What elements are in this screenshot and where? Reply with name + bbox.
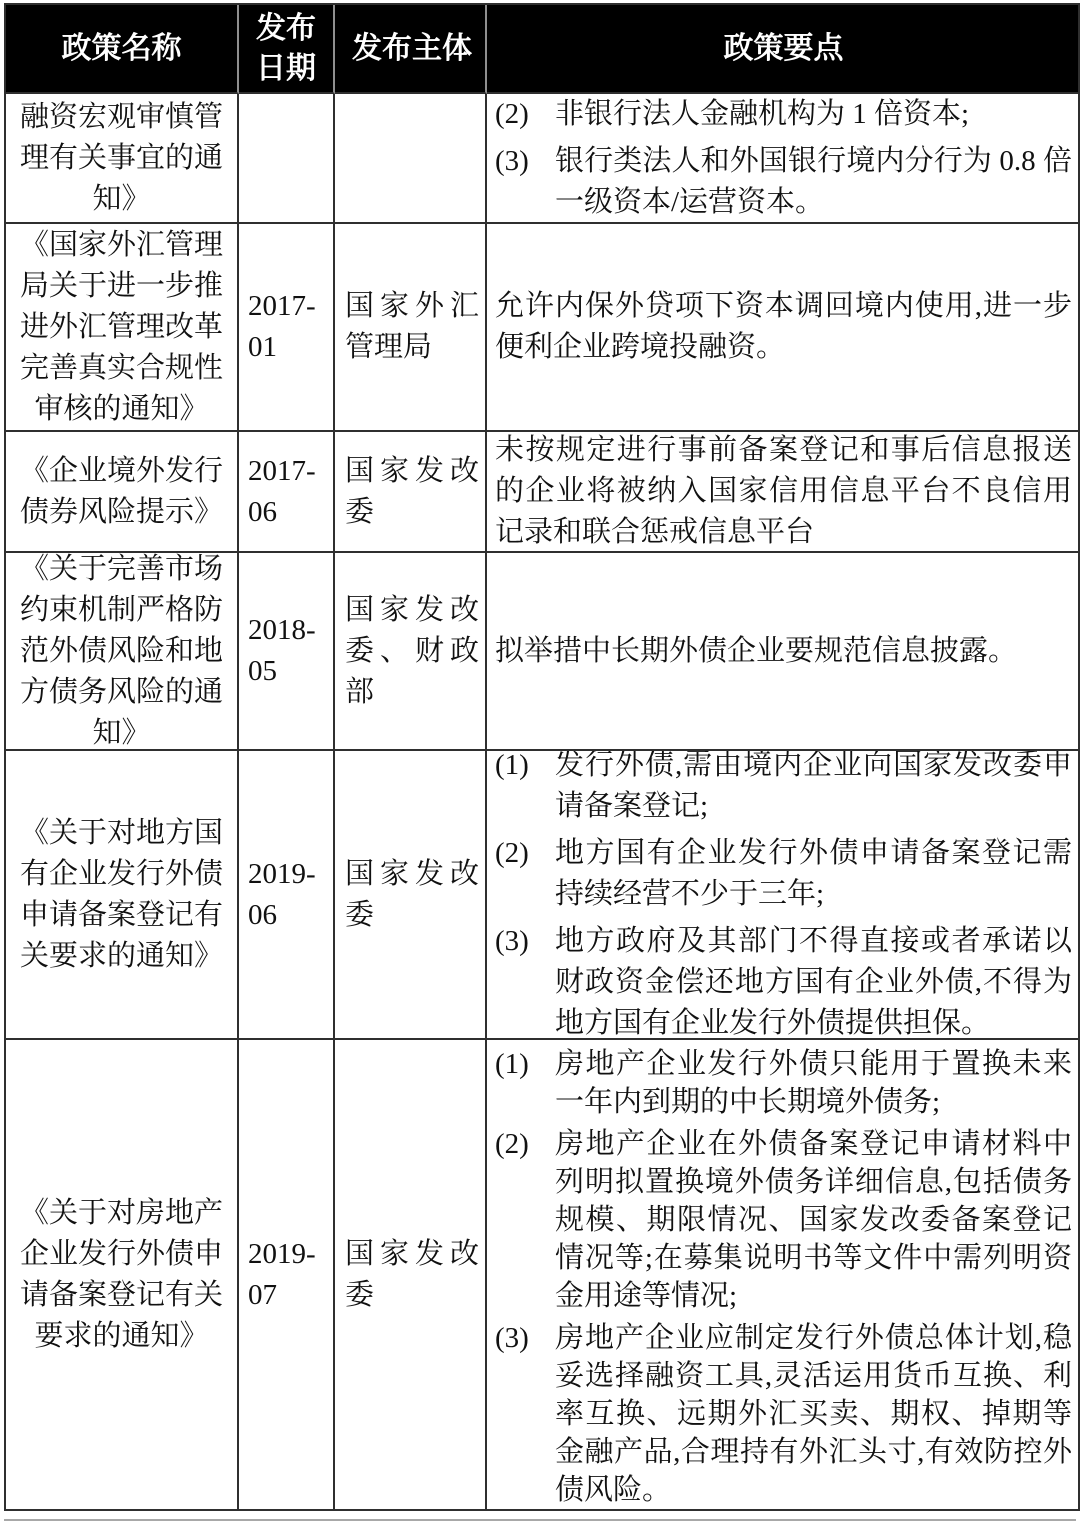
cutoff-next-row-border — [4, 1519, 1076, 1521]
policy-issuer-cell — [335, 94, 487, 224]
header-cell-policy-name: 政策名称 — [6, 5, 239, 94]
policy-date-cell: 2019-06 — [239, 751, 335, 1040]
policy-date: 2019-06 — [248, 854, 329, 936]
point-text: 发行外债,需由境内企业向国家发改委申请备案登记; — [555, 751, 1072, 827]
point-text: 地方政府及其部门不得直接或者承诺以财政资金偿还地方国有企业外债,不得为地方国有企… — [555, 921, 1072, 1040]
point-number: (3) — [495, 921, 555, 1040]
policy-title: 《关于对房地产企业发行外债申请备案登记有关要求的通知》 — [18, 1193, 225, 1357]
policy-title: 《企业境外发行债券风险提示》 — [18, 451, 225, 533]
policy-points-cell: (1) 房地产企业发行外债只能用于置换未来一年内到期的中长期境外债务; (2) … — [487, 1040, 1078, 1509]
policy-title-cell: 《关于完善市场约束机制严格防范外债风险和地方债务风险的通知》 — [6, 553, 239, 751]
point-item: (3) 地方政府及其部门不得直接或者承诺以财政资金偿还地方国有企业外债,不得为地… — [495, 921, 1072, 1040]
policy-issuer-cell: 国家发改委 — [335, 1040, 487, 1509]
policy-points-cell: 未按规定进行事前备案登记和事后信息报送的企业将被纳入国家信用信息平台不良信用记录… — [487, 432, 1078, 553]
policy-issuer-cell: 国家发改委 — [335, 751, 487, 1040]
policy-points-cell: 允许内保外贷项下资本调回境内使用,进一步便利企业跨境投融资。 — [487, 224, 1078, 432]
policy-title: 《关于完善市场约束机制严格防范外债风险和地方债务风险的通知》 — [18, 553, 225, 751]
policy-date-cell — [239, 94, 335, 224]
policy-issuer: 国家发改委 — [345, 1234, 479, 1316]
document-page: 政策名称 发布日期 发布主体 政策要点 融资宏观审慎管理有关事宜的通知》 (2)… — [0, 0, 1080, 1527]
policy-date-cell: 2018-05 — [239, 553, 335, 751]
table-header-row: 政策名称 发布日期 发布主体 政策要点 — [6, 5, 1078, 94]
policy-date: 2018-05 — [248, 610, 329, 692]
point-number: (3) — [495, 1319, 555, 1509]
header-cell-publish-date: 发布日期 — [239, 5, 335, 94]
point-text: 银行类法人和外国银行境内分行为 0.8 倍一级资本/运营资本。 — [555, 141, 1072, 223]
table-row: 《企业境外发行债券风险提示》 2017-06 国家发改委 未按规定进行事前备案登… — [6, 432, 1078, 553]
policy-date-cell: 2019-07 — [239, 1040, 335, 1509]
policy-points-cell: 拟举措中长期外债企业要规范信息披露。 — [487, 553, 1078, 751]
point-item: (1) 发行外债,需由境内企业向国家发改委申请备案登记; — [495, 751, 1072, 827]
policy-title-cell: 《企业境外发行债券风险提示》 — [6, 432, 239, 553]
point-text: 拟举措中长期外债企业要规范信息披露。 — [495, 631, 1072, 672]
point-item: (2) 地方国有企业发行外债申请备案登记需持续经营不少于三年; — [495, 833, 1072, 915]
policy-title: 《国家外汇管理局关于进一步推进外汇管理改革完善真实合规性审核的通知》 — [18, 225, 225, 430]
point-item: (2) 非银行法人金融机构为 1 倍资本; — [495, 94, 1072, 135]
policy-issuer-cell: 国家发改委 — [335, 432, 487, 553]
policy-issuer: 国家发改委 — [345, 854, 479, 936]
header-cell-publisher: 发布主体 — [335, 5, 487, 94]
policy-date: 2017-06 — [248, 451, 329, 533]
point-number: (2) — [495, 833, 555, 915]
policy-issuer-cell: 国家外汇管理局 — [335, 224, 487, 432]
table-row: 《关于完善市场约束机制严格防范外债风险和地方债务风险的通知》 2018-05 国… — [6, 553, 1078, 751]
point-number: (2) — [495, 94, 555, 135]
point-number: (1) — [495, 1045, 555, 1121]
point-text: 房地产企业发行外债只能用于置换未来一年内到期的中长期境外债务; — [555, 1045, 1072, 1121]
policy-title: 《关于对地方国有企业发行外债申请备案登记有关要求的通知》 — [18, 813, 225, 977]
policy-title-cell: 《关于对地方国有企业发行外债申请备案登记有关要求的通知》 — [6, 751, 239, 1040]
header-cell-policy-points: 政策要点 — [487, 5, 1078, 94]
policy-issuer: 国家外汇管理局 — [345, 286, 479, 368]
point-text: 地方国有企业发行外债申请备案登记需持续经营不少于三年; — [555, 833, 1072, 915]
point-text: 未按规定进行事前备案登记和事后信息报送的企业将被纳入国家信用信息平台不良信用记录… — [495, 432, 1072, 553]
policy-title-cell: 《关于对房地产企业发行外债申请备案登记有关要求的通知》 — [6, 1040, 239, 1509]
point-item: (2) 房地产企业在外债备案登记申请材料中列明拟置换境外债务详细信息,包括债务规… — [495, 1125, 1072, 1315]
policy-date: 2017-01 — [248, 286, 329, 368]
policy-title: 融资宏观审慎管理有关事宜的通知》 — [18, 97, 225, 220]
policy-date: 2019-07 — [248, 1234, 329, 1316]
policy-points-cell: (2) 非银行法人金融机构为 1 倍资本; (3) 银行类法人和外国银行境内分行… — [487, 94, 1078, 224]
point-number: (3) — [495, 141, 555, 223]
policy-title-cell: 《国家外汇管理局关于进一步推进外汇管理改革完善真实合规性审核的通知》 — [6, 224, 239, 432]
point-text: 房地产企业在外债备案登记申请材料中列明拟置换境外债务详细信息,包括债务规模、期限… — [555, 1125, 1072, 1315]
policy-date-cell: 2017-01 — [239, 224, 335, 432]
point-text: 非银行法人金融机构为 1 倍资本; — [555, 94, 1072, 135]
table-row: 《关于对房地产企业发行外债申请备案登记有关要求的通知》 2019-07 国家发改… — [6, 1040, 1078, 1509]
table-row: 《关于对地方国有企业发行外债申请备案登记有关要求的通知》 2019-06 国家发… — [6, 751, 1078, 1040]
policy-date-cell: 2017-06 — [239, 432, 335, 553]
policy-issuer-cell: 国家发改委、财政部 — [335, 553, 487, 751]
policy-table: 政策名称 发布日期 发布主体 政策要点 融资宏观审慎管理有关事宜的通知》 (2)… — [4, 3, 1080, 1511]
point-number: (2) — [495, 1125, 555, 1315]
policy-issuer: 国家发改委 — [345, 451, 479, 533]
table-row: 融资宏观审慎管理有关事宜的通知》 (2) 非银行法人金融机构为 1 倍资本; (… — [6, 94, 1078, 224]
point-item: (1) 房地产企业发行外债只能用于置换未来一年内到期的中长期境外债务; — [495, 1045, 1072, 1121]
point-text: 允许内保外贷项下资本调回境内使用,进一步便利企业跨境投融资。 — [495, 286, 1072, 368]
table-row: 《国家外汇管理局关于进一步推进外汇管理改革完善真实合规性审核的通知》 2017-… — [6, 224, 1078, 432]
policy-issuer: 国家发改委、财政部 — [345, 590, 479, 713]
point-item: (3) 银行类法人和外国银行境内分行为 0.8 倍一级资本/运营资本。 — [495, 141, 1072, 223]
point-text: 房地产企业应制定发行外债总体计划,稳妥选择融资工具,灵活运用货币互换、利率互换、… — [555, 1319, 1072, 1509]
point-item: (3) 房地产企业应制定发行外债总体计划,稳妥选择融资工具,灵活运用货币互换、利… — [495, 1319, 1072, 1509]
policy-points-cell: (1) 发行外债,需由境内企业向国家发改委申请备案登记; (2) 地方国有企业发… — [487, 751, 1078, 1040]
point-number: (1) — [495, 751, 555, 827]
policy-title-cell: 融资宏观审慎管理有关事宜的通知》 — [6, 94, 239, 224]
